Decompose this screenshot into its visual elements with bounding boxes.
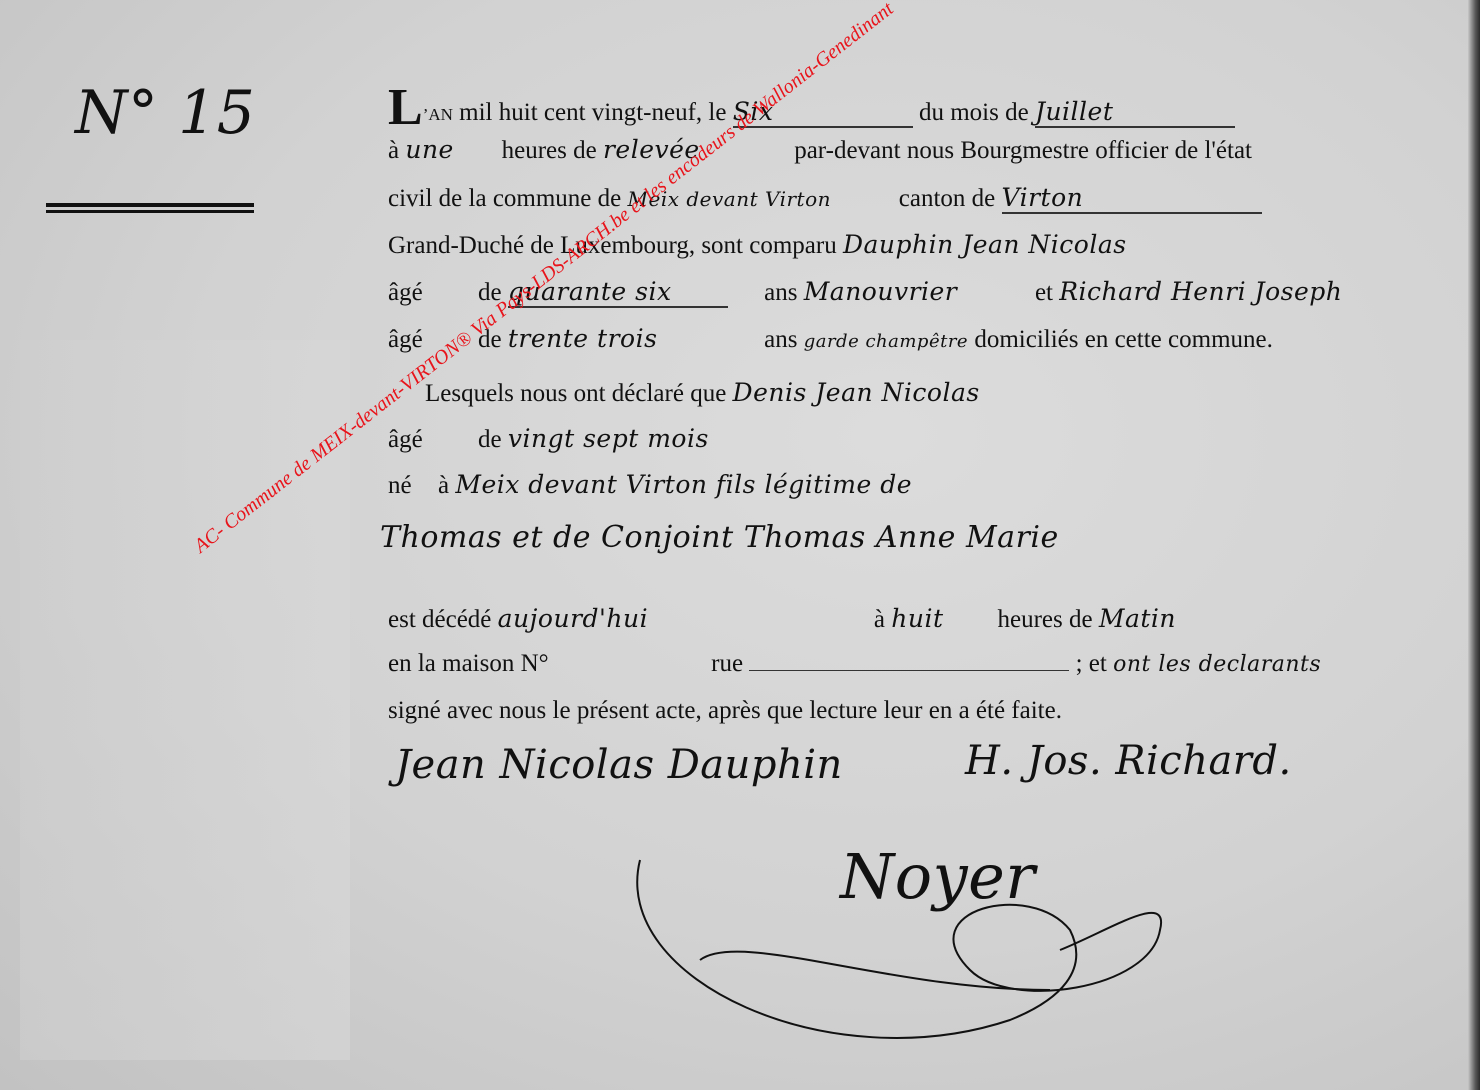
act-number-rule xyxy=(46,203,254,207)
line-1: L’AN mil huit cent vingt-neuf, le Six du… xyxy=(388,82,1235,134)
line-9: néà Meix devant Virton fils légitime de xyxy=(388,470,912,500)
month-field: Juillet xyxy=(1035,97,1235,128)
line-4: Grand-Duché de Luxembourg, sont comparu … xyxy=(388,230,1127,260)
line-2: à une heures de relevée par-devant nous … xyxy=(388,135,1252,165)
declarant-2-age: trente trois xyxy=(508,324,758,353)
parents-line: Thomas et de Conjoint Thomas Anne Marie xyxy=(380,520,1059,555)
declarant-1-name: Dauphin Jean Nicolas xyxy=(843,230,1127,259)
canton-field: Virton xyxy=(1002,183,1262,214)
signature-flourish xyxy=(630,820,1190,1090)
page-edge xyxy=(1468,0,1480,1090)
line-7: Lesquels nous ont déclaré que Denis Jean… xyxy=(425,378,980,408)
hour-field: une xyxy=(405,135,495,164)
declarants-note: ont les declarants xyxy=(1113,652,1321,677)
line-13: signé avec nous le présent acte, après q… xyxy=(388,697,1062,725)
act-number-rule-2 xyxy=(46,210,254,213)
deceased-name: Denis Jean Nicolas xyxy=(733,378,980,407)
signature-witness-2: H. Jos. Richard. xyxy=(965,738,1292,784)
declarant-2-name: Richard Henri Joseph xyxy=(1059,277,1342,306)
line-12: en la maison N° rue ; et ont les declara… xyxy=(388,650,1321,678)
death-hour: huit xyxy=(891,604,991,633)
signature-witness-1: Jean Nicolas Dauphin xyxy=(395,742,843,788)
drop-cap: L xyxy=(388,79,423,136)
act-number: N° 15 xyxy=(75,78,255,148)
declarant-2-profession: garde champêtre xyxy=(804,331,968,352)
line-11: est décédé aujourd'hui à huit heures de … xyxy=(388,604,1176,634)
line-6: âgéde trente trois ans garde champêtre d… xyxy=(388,324,1273,354)
line-8: âgéde vingt sept mois xyxy=(388,424,709,454)
death-period: Matin xyxy=(1099,604,1176,633)
deceased-age: vingt sept mois xyxy=(508,424,709,453)
bleed-through-area xyxy=(20,340,350,1060)
line-3: civil de la commune de Meix devant Virto… xyxy=(388,183,1262,214)
declarant-1-profession: Manouvrier xyxy=(804,277,1029,306)
birthplace-parents: Meix devant Virton fils légitime de xyxy=(455,470,912,499)
death-day: aujourd'hui xyxy=(498,604,868,633)
civil-death-record-page: N° 15 L’AN mil huit cent vingt-neuf, le … xyxy=(0,0,1480,1090)
